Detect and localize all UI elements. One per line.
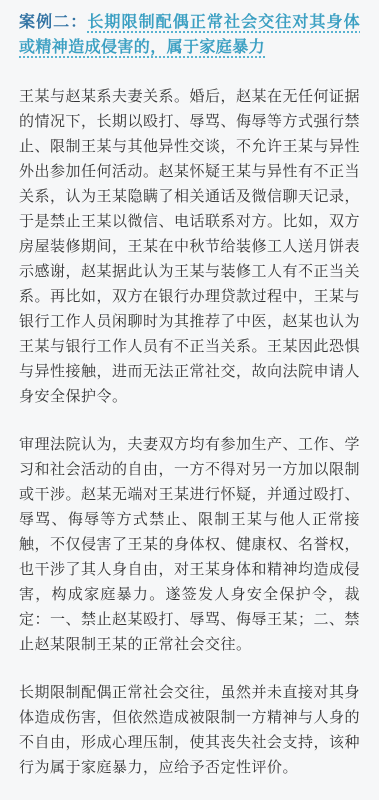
title-prefix: 案例二： bbox=[19, 14, 87, 31]
article-page: 案例二：长期限制配偶正常社会交往对其身体或精神造成侵害的，属于家庭暴力 王某与赵… bbox=[0, 0, 379, 800]
paragraph-case-facts: 王某与赵某系夫妻关系。婚后，赵某在无任何证据的情况下，长期以殴打、辱骂、侮辱等方… bbox=[19, 84, 360, 409]
article-title: 案例二：长期限制配偶正常社会交往对其身体或精神造成侵害的，属于家庭暴力 bbox=[19, 10, 360, 60]
paragraph-court-opinion: 审理法院认为，夫妻双方均有参加生产、工作、学习和社会活动的自由，一方不得对另一方… bbox=[19, 432, 360, 657]
paragraph-commentary: 长期限制配偶正常社会交往，虽然并未直接对其身体造成伤害，但依然造成被限制一方精神… bbox=[19, 680, 360, 780]
